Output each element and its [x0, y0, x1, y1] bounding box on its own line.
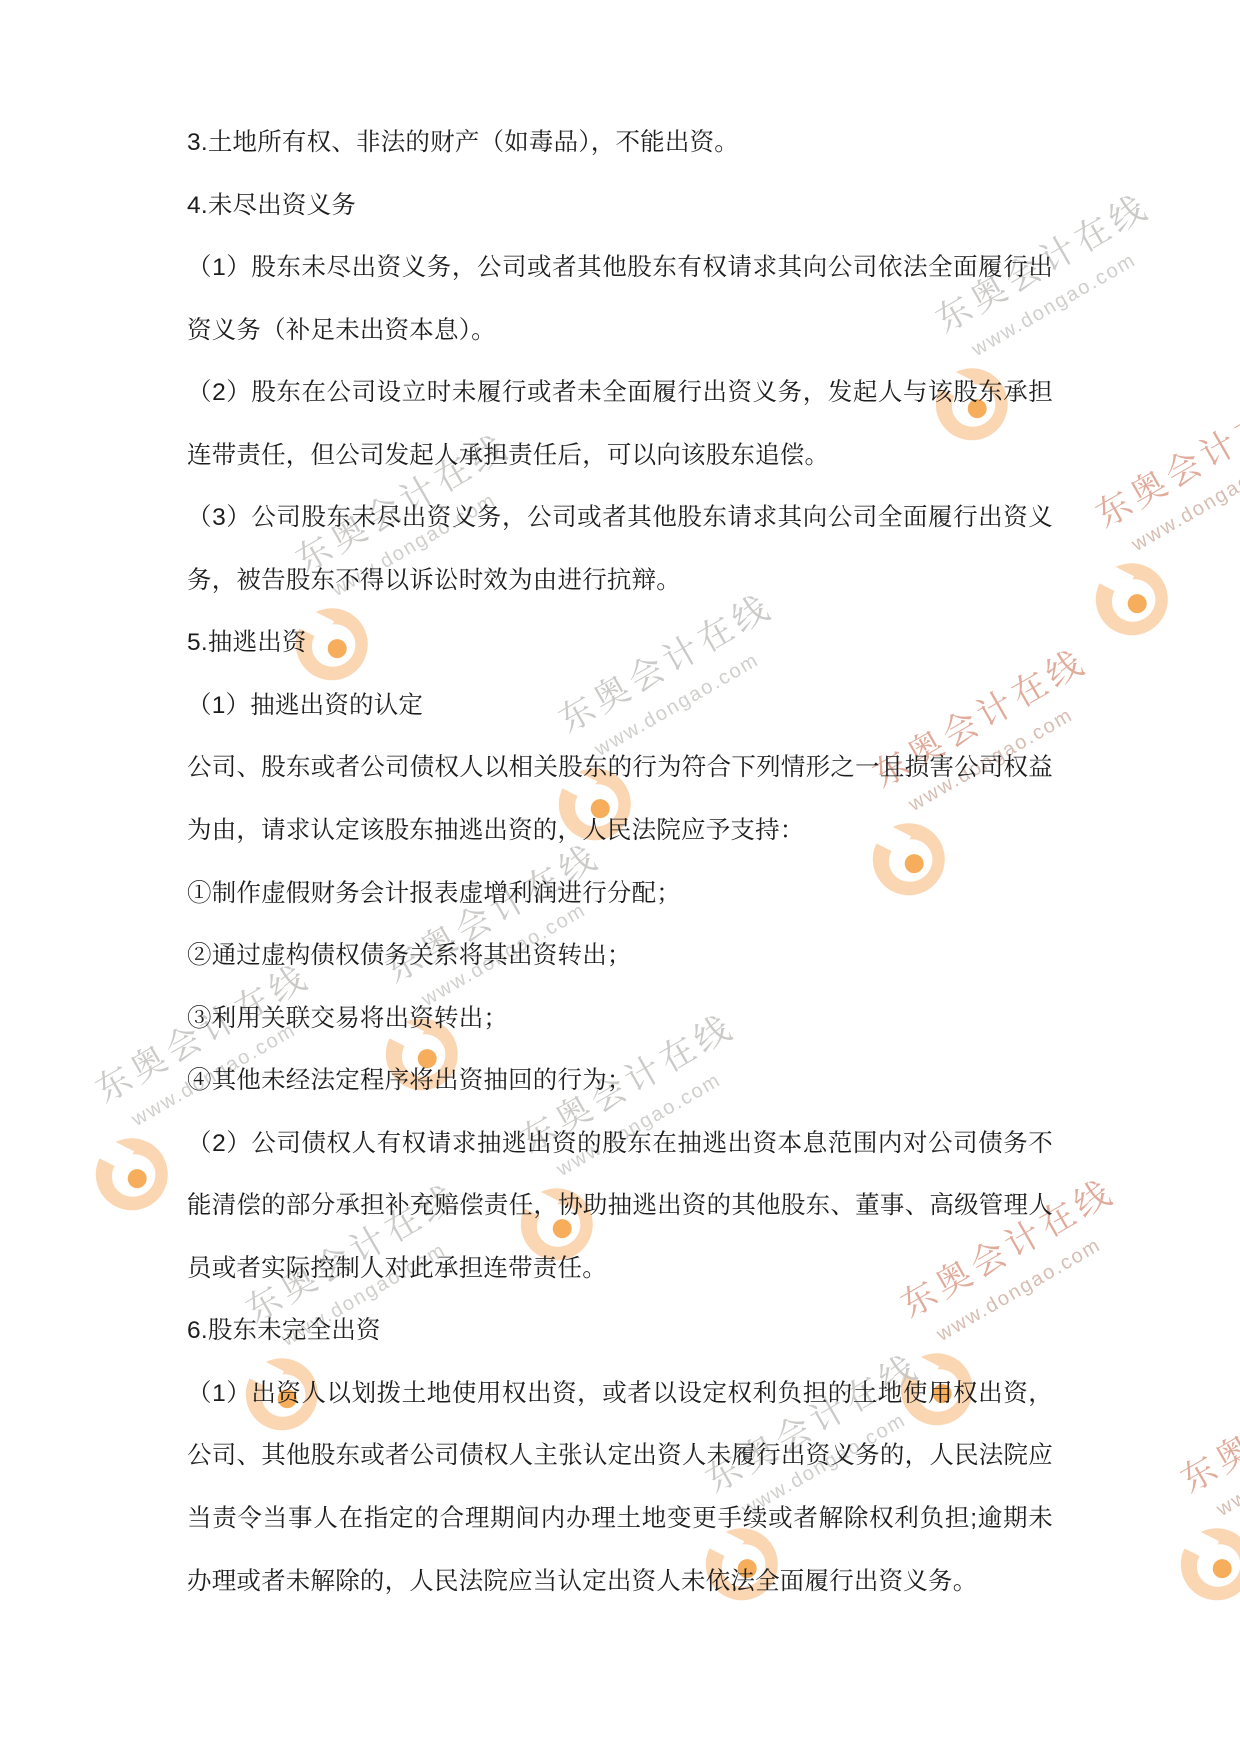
dongao-logo-icon: [1168, 1515, 1240, 1613]
dongao-logo-icon: [1083, 550, 1181, 648]
dongao-logo-dot: [1124, 591, 1150, 617]
dongao-logo-dot: [124, 1166, 150, 1192]
text-line: ①制作虚假财务会计报表虚增利润进行分配；: [187, 863, 1053, 926]
text-line: ④其他未经法定程序将出资抽回的行为；: [187, 1050, 1053, 1113]
text-line: （1）抽逃出资的认定: [187, 675, 1053, 738]
dongao-logo-notch: [94, 1136, 134, 1171]
text-line: 为由，请求认定该股东抽逃出资的，人民法院应予支持：: [187, 800, 1053, 863]
text-line: 员或者实际控制人对此承担连带责任。: [187, 1238, 1053, 1301]
text-line: 公司、股东或者公司债权人以相关股东的行为符合下列情形之一且损害公司权益: [187, 737, 1053, 800]
text-line: 4.未尽出资义务: [187, 175, 1053, 238]
watermark-url-text: www.dongao.com: [1213, 1390, 1240, 1522]
watermark-brand-text: 东奥会计在线: [1085, 375, 1240, 538]
dongao-logo-hole: [104, 1146, 163, 1204]
text-line: ②通过虚构债权债务关系将其出资转出；: [187, 925, 1053, 988]
text-line: 连带责任，但公司发起人承担责任后，可以向该股东追偿。: [187, 425, 1053, 488]
text-line: ③利用关联交易将出资转出；: [187, 988, 1053, 1051]
text-line: 5.抽逃出资: [187, 612, 1053, 675]
document-text-block: 3.土地所有权、非法的财产（如毒品），不能出资。4.未尽出资义务（1）股东未尽出…: [187, 112, 1053, 1613]
dongao-logo-notch: [1094, 561, 1134, 596]
text-line: （1）出资人以划拨土地使用权出资，或者以设定权利负担的土地使用权出资，: [187, 1363, 1053, 1426]
watermark-url-text: www.dongao.com: [1128, 425, 1240, 557]
text-line: 3.土地所有权、非法的财产（如毒品），不能出资。: [187, 112, 1053, 175]
dongao-logo-hole: [1104, 571, 1163, 629]
text-line: 6.股东未完全出资: [187, 1300, 1053, 1363]
watermark-unit: 东奥会计在线www.dongao.com: [1044, 354, 1240, 649]
text-line: 能清偿的部分承担补充赔偿责任，协助抽逃出资的其他股东、董事、高级管理人: [187, 1175, 1053, 1238]
text-line: （1）股东未尽出资义务，公司或者其他股东有权请求其向公司依法全面履行出: [187, 237, 1053, 300]
text-line: （3）公司股东未尽出资义务，公司或者其他股东请求其向公司全面履行出资义: [187, 487, 1053, 550]
text-line: 公司、其他股东或者公司债权人主张认定出资人未履行出资义务的，人民法院应: [187, 1425, 1053, 1488]
watermark-brand-text: 东奥会计在线: [1170, 1340, 1240, 1503]
dongao-logo-dot: [1209, 1556, 1235, 1582]
dongao-logo-icon: [83, 1125, 181, 1223]
watermark-unit: 东奥会计在线www.dongao.com: [1129, 1319, 1240, 1614]
watermark-texts: 东奥会计在线www.dongao.com: [1085, 375, 1240, 565]
text-line: （2）公司债权人有权请求抽逃出资的股东在抽逃出资本息范围内对公司债务不: [187, 1113, 1053, 1176]
dongao-logo-notch: [1179, 1526, 1219, 1561]
text-line: 当责令当事人在指定的合理期间内办理土地变更手续或者解除权利负担;逾期未: [187, 1488, 1053, 1551]
text-line: 办理或者未解除的，人民法院应当认定出资人未依法全面履行出资义务。: [187, 1551, 1053, 1614]
watermark-texts: 东奥会计在线www.dongao.com: [1170, 1340, 1240, 1530]
dongao-logo-hole: [1189, 1536, 1240, 1594]
text-line: 资义务（补足未出资本息）。: [187, 300, 1053, 363]
text-line: （2）股东在公司设立时未履行或者未全面履行出资义务，发起人与该股东承担: [187, 362, 1053, 425]
text-line: 务，被告股东不得以诉讼时效为由进行抗辩。: [187, 550, 1053, 613]
